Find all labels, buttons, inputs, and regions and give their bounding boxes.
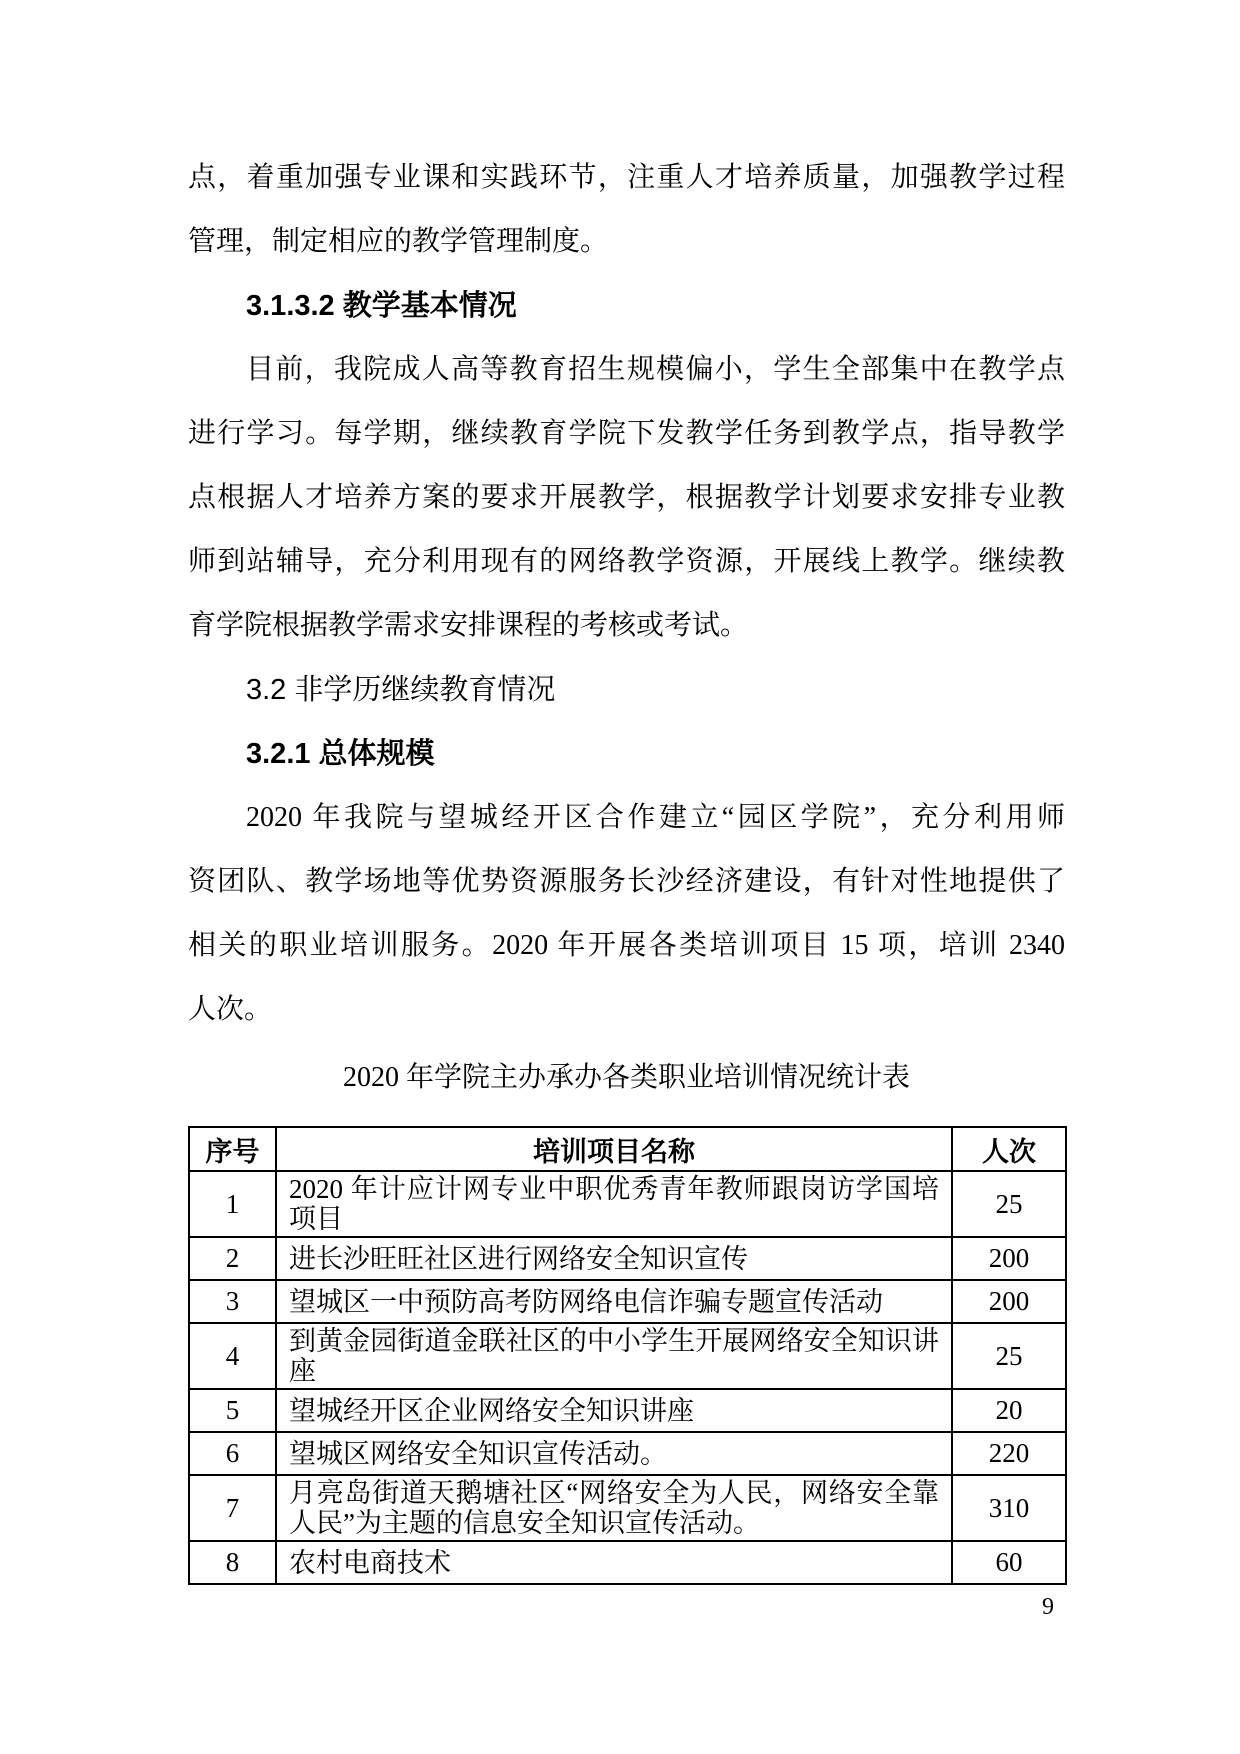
row-project-name: 望城经开区企业网络安全知识讲座 [276, 1389, 952, 1432]
table-row: 6 望城区网络安全知识宣传活动。 220 [189, 1432, 1066, 1475]
paragraph-intro-line-2: 管理，制定相应的教学管理制度。 [188, 210, 1065, 274]
table-header-row: 序号 培训项目名称 人次 [189, 1127, 1066, 1171]
row-no: 4 [189, 1323, 276, 1389]
paragraph-scale-line-4: 人次。 [188, 978, 1065, 1042]
paragraph-scale-line-3: 相关的职业培训服务。2020 年开展各类培训项目 15 项，培训 2340 [188, 914, 1065, 978]
row-count: 220 [952, 1432, 1066, 1475]
row-no: 2 [189, 1237, 276, 1280]
row-project-name: 2020 年计应计网专业中职优秀青年教师跟岗访学国培项目 [276, 1171, 952, 1237]
row-project-name: 到黄金园街道金联社区的中小学生开展网络安全知识讲座 [276, 1323, 952, 1389]
row-count: 200 [952, 1280, 1066, 1323]
row-count: 200 [952, 1237, 1066, 1280]
row-no: 3 [189, 1280, 276, 1323]
row-project-name: 望城区一中预防高考防网络电信诈骗专题宣传活动 [276, 1280, 952, 1323]
row-no: 6 [189, 1432, 276, 1475]
row-project-name: 进长沙旺旺社区进行网络安全知识宣传 [276, 1237, 952, 1280]
paragraph-scale-line-2: 资团队、教学场地等优势资源服务长沙经济建设，有针对性地提供了 [188, 850, 1065, 914]
table-row: 3 望城区一中预防高考防网络电信诈骗专题宣传活动 200 [189, 1280, 1066, 1323]
row-no: 8 [189, 1541, 276, 1584]
document-body: 点，着重加强专业课和实践环节，注重人才培养质量，加强教学过程 管理，制定相应的教… [188, 146, 1065, 1585]
paragraph-intro-line-1: 点，着重加强专业课和实践环节，注重人才培养质量，加强教学过程 [188, 146, 1065, 210]
document-page: 点，着重加强专业课和实践环节，注重人才培养质量，加强教学过程 管理，制定相应的教… [0, 0, 1240, 1754]
row-no: 7 [189, 1475, 276, 1541]
page-number: 9 [1042, 1592, 1054, 1622]
column-header-count: 人次 [952, 1127, 1066, 1171]
paragraph-scale-line-1: 2020 年我院与望城经开区合作建立“园区学院”，充分利用师 [188, 786, 1065, 850]
table-row: 8 农村电商技术 60 [189, 1541, 1066, 1584]
table-row: 1 2020 年计应计网专业中职优秀青年教师跟岗访学国培项目 25 [189, 1171, 1066, 1237]
row-no: 5 [189, 1389, 276, 1432]
paragraph-teaching-line-5: 育学院根据教学需求安排课程的考核或考试。 [188, 594, 1065, 658]
training-statistics-table: 序号 培训项目名称 人次 1 2020 年计应计网专业中职优秀青年教师跟岗访学国… [188, 1126, 1067, 1585]
row-project-name: 农村电商技术 [276, 1541, 952, 1584]
column-header-no: 序号 [189, 1127, 276, 1171]
heading-3-2-1: 3.2.1 总体规模 [188, 722, 1065, 786]
row-project-name: 望城区网络安全知识宣传活动。 [276, 1432, 952, 1475]
row-count: 20 [952, 1389, 1066, 1432]
table-row: 5 望城经开区企业网络安全知识讲座 20 [189, 1389, 1066, 1432]
paragraph-teaching-line-1: 目前，我院成人高等教育招生规模偏小，学生全部集中在教学点 [188, 338, 1065, 402]
paragraph-teaching-line-4: 师到站辅导，充分利用现有的网络教学资源，开展线上教学。继续教 [188, 530, 1065, 594]
row-project-name: 月亮岛街道天鹅塘社区“网络安全为人民，网络安全靠人民”为主题的信息安全知识宣传活… [276, 1475, 952, 1541]
heading-3-2: 3.2 非学历继续教育情况 [188, 658, 1065, 722]
table-row: 4 到黄金园街道金联社区的中小学生开展网络安全知识讲座 25 [189, 1323, 1066, 1389]
table-row: 7 月亮岛街道天鹅塘社区“网络安全为人民，网络安全靠人民”为主题的信息安全知识宣… [189, 1475, 1066, 1541]
paragraph-teaching-line-3: 点根据人才培养方案的要求开展教学，根据教学计划要求安排专业教 [188, 466, 1065, 530]
row-count: 310 [952, 1475, 1066, 1541]
table-title: 2020 年学院主办承办各类职业培训情况统计表 [188, 1046, 1065, 1110]
row-count: 60 [952, 1541, 1066, 1584]
table-row: 2 进长沙旺旺社区进行网络安全知识宣传 200 [189, 1237, 1066, 1280]
row-count: 25 [952, 1171, 1066, 1237]
column-header-name: 培训项目名称 [276, 1127, 952, 1171]
row-no: 1 [189, 1171, 276, 1237]
heading-3-1-3-2: 3.1.3.2 教学基本情况 [188, 274, 1065, 338]
row-count: 25 [952, 1323, 1066, 1389]
paragraph-teaching-line-2: 进行学习。每学期，继续教育学院下发教学任务到教学点，指导教学 [188, 402, 1065, 466]
